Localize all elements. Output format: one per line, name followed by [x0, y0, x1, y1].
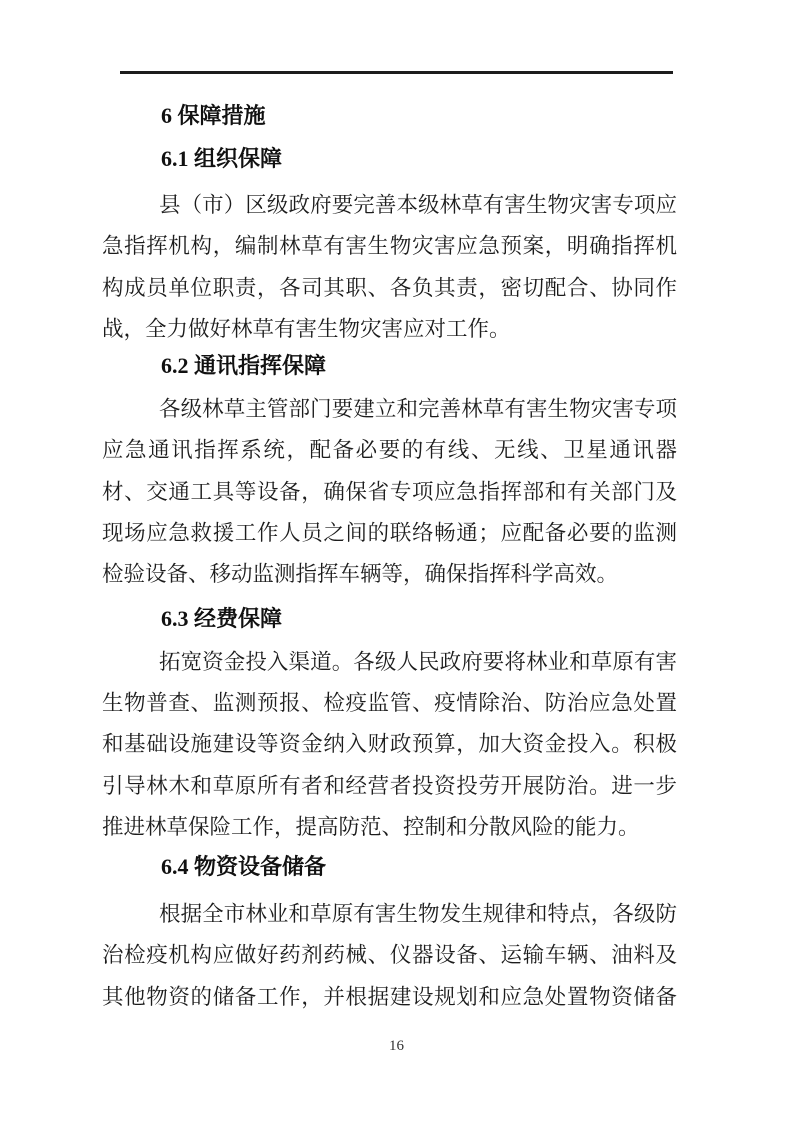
- paragraph-organization-guarantee: 县（市）区级政府要完善本级林草有害生物灾害专项应急指挥机构，编制林草有害生物灾害…: [102, 185, 677, 350]
- section-heading-6-3: 6.3 经费保障: [161, 604, 677, 634]
- page-content: 6 保障措施 6.1 组织保障 县（市）区级政府要完善本级林草有害生物灾害专项应…: [102, 92, 677, 1018]
- section-heading-6-4: 6.4 物资设备储备: [161, 852, 677, 882]
- section-heading-6-2: 6.2 通讯指挥保障: [161, 351, 677, 381]
- paragraph-material-equipment-reserve: 根据全市林业和草原有害生物发生规律和特点，各级防治检疫机构应做好药剂药械、仪器设…: [102, 894, 677, 1018]
- paragraph-communication-command-guarantee: 各级林草主管部门要建立和完善林草有害生物灾害专项应急通讯指挥系统，配备必要的有线…: [102, 389, 677, 595]
- section-heading-6-1: 6.1 组织保障: [161, 144, 677, 174]
- header-rule: [120, 71, 673, 74]
- section-heading-6: 6 保障措施: [161, 101, 677, 131]
- page-number: 16: [0, 1038, 793, 1055]
- document-page: 6 保障措施 6.1 组织保障 县（市）区级政府要完善本级林草有害生物灾害专项应…: [0, 0, 793, 1122]
- paragraph-funding-guarantee: 拓宽资金投入渠道。各级人民政府要将林业和草原有害生物普查、监测预报、检疫监管、疫…: [102, 642, 677, 848]
